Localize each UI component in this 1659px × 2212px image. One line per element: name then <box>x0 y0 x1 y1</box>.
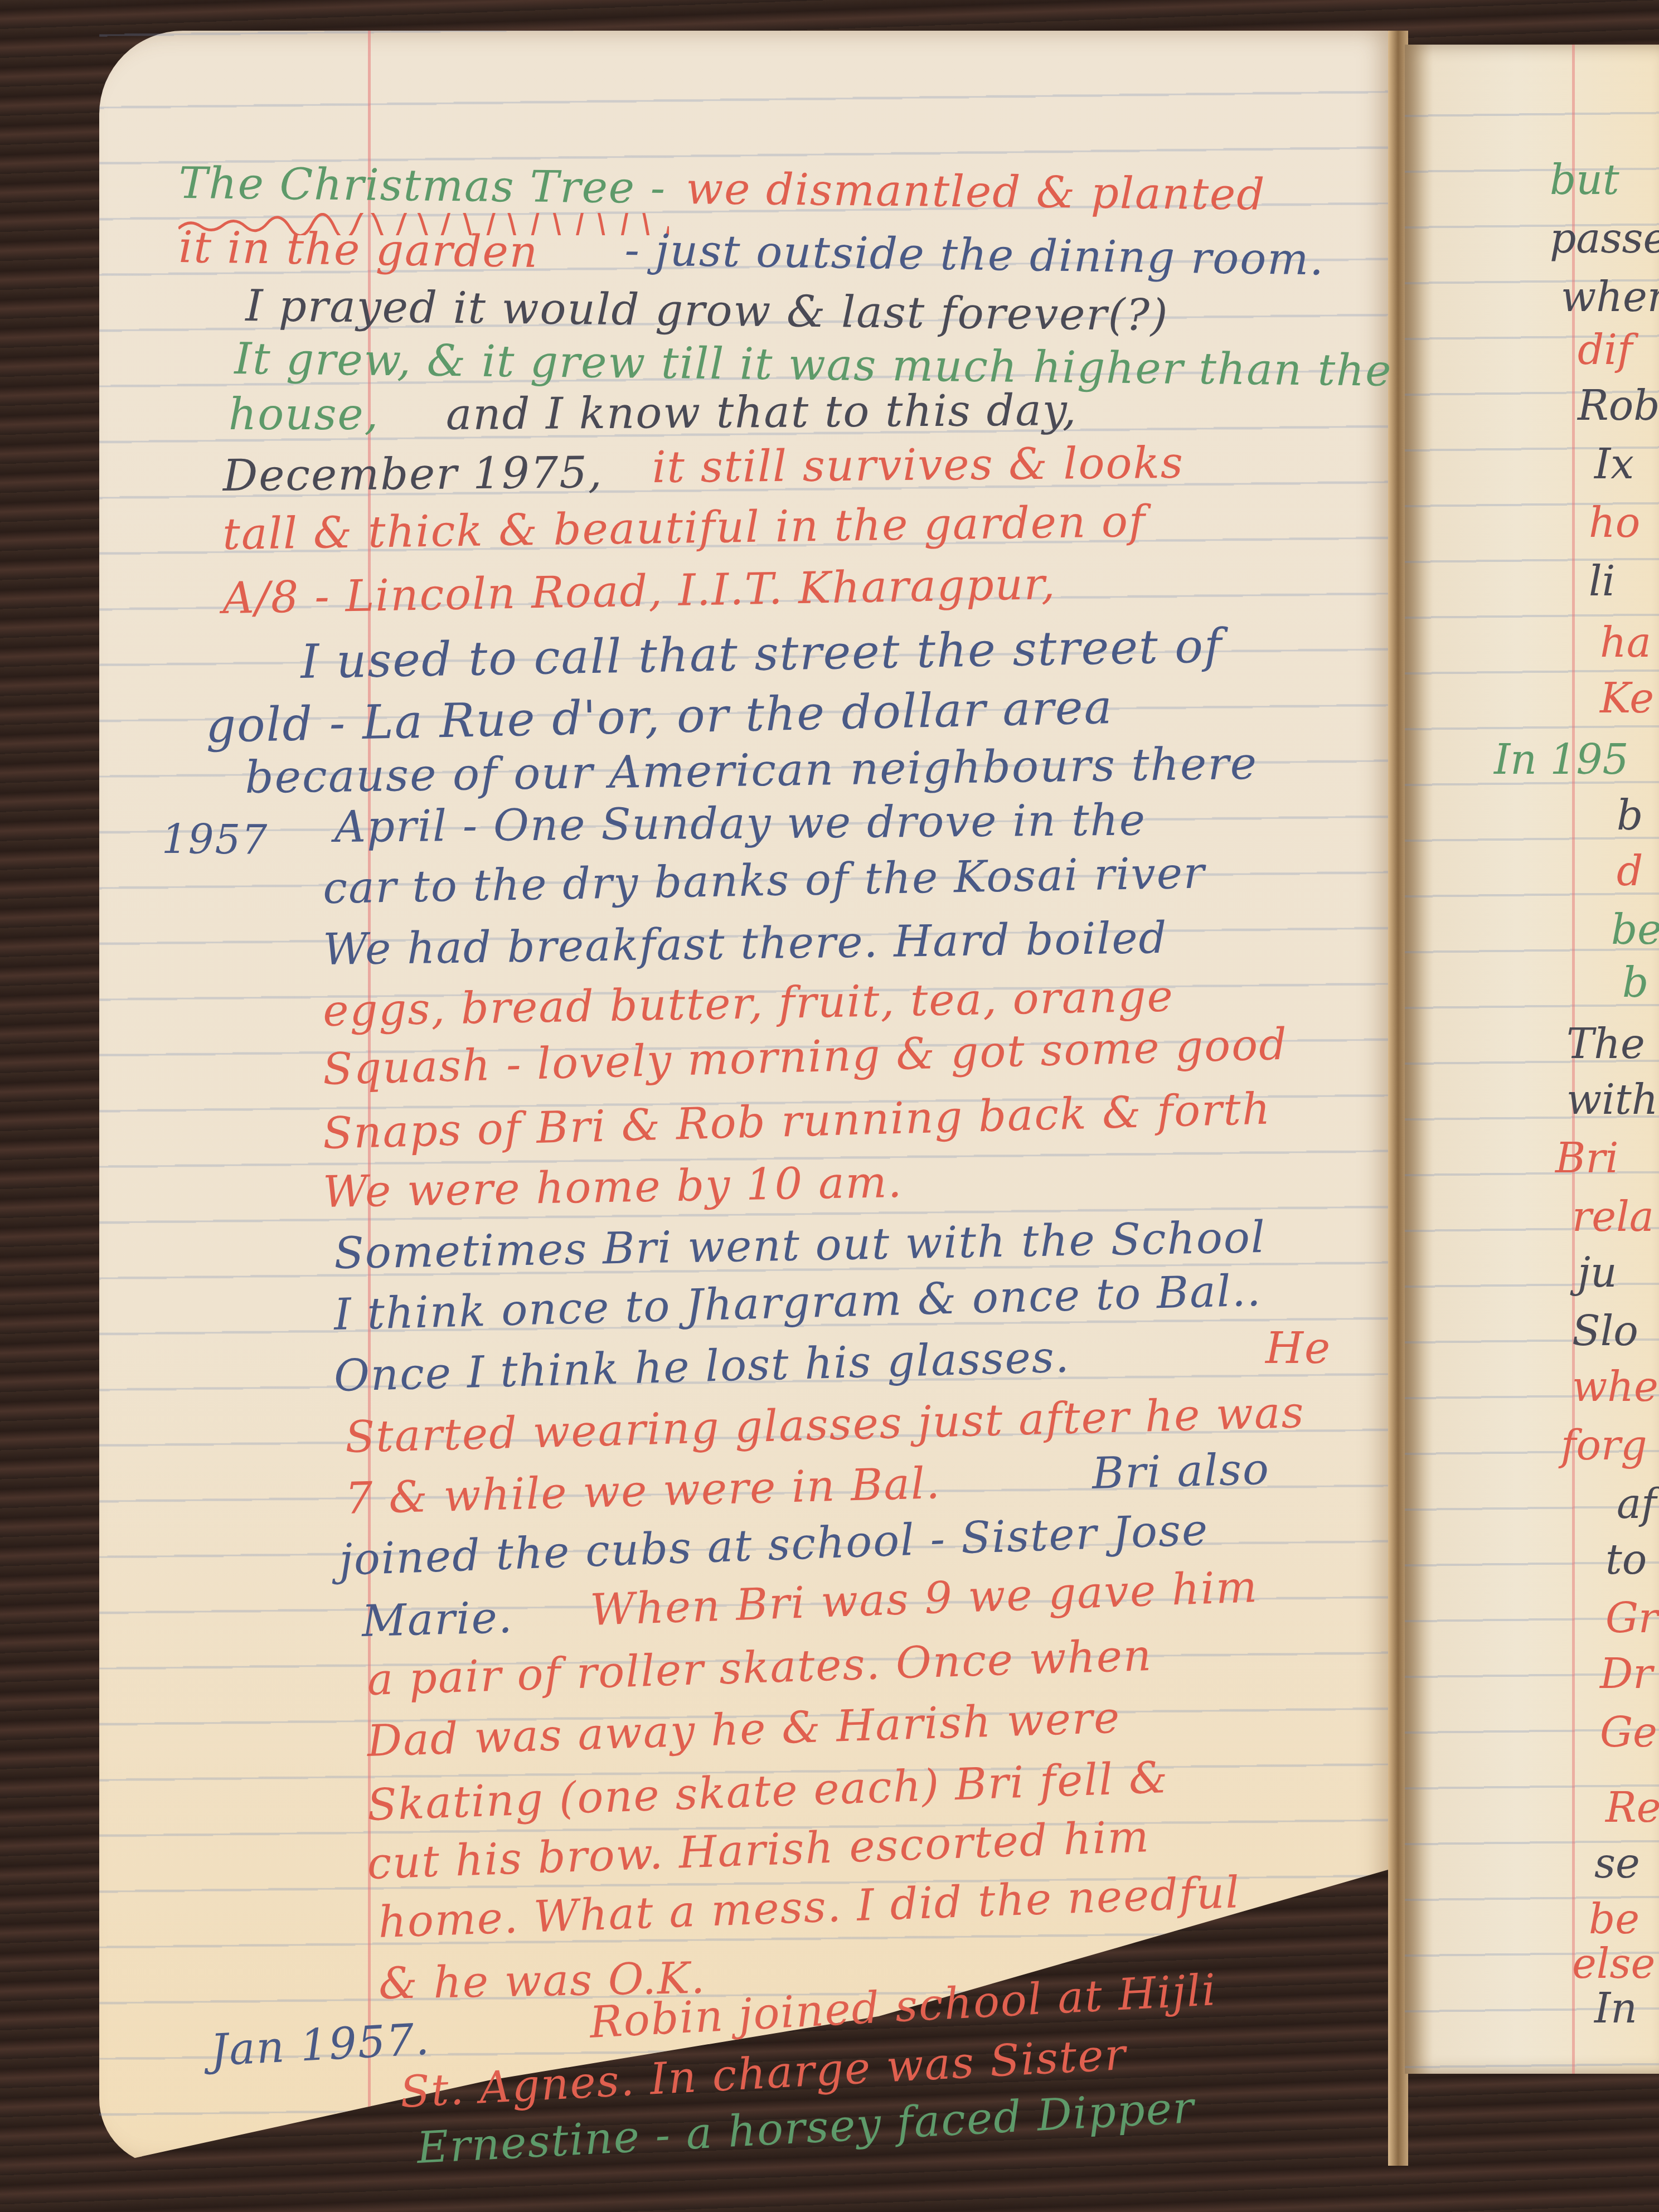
right-page-fragment: Re <box>1605 1784 1659 1832</box>
text-line: April - One Sunday we drove in the <box>334 798 1146 849</box>
right-page-fragment: passe <box>1550 215 1659 263</box>
text-line: it in the garden <box>178 226 539 274</box>
right-page-fragment: to <box>1605 1536 1647 1584</box>
right-page-fragment: In <box>1594 1985 1637 2032</box>
margin-note-date: Jan 1957. <box>210 2017 431 2073</box>
right-page-fragment: The p <box>1566 1020 1659 1068</box>
right-page-fragment: dif <box>1578 326 1632 374</box>
text-line: tall & thick & beautiful in the garden o… <box>222 500 1146 556</box>
right-page-fragment: whe <box>1572 1363 1658 1411</box>
right-page-fragment: d <box>1617 847 1643 895</box>
margin-note-year: 1957 <box>162 819 268 860</box>
text-line: We had breakfast there. Hard boiled <box>323 916 1168 972</box>
text-line: because of our American neighbours there <box>245 741 1258 800</box>
right-page-fragment: li <box>1589 557 1615 605</box>
right-page-fragment: but <box>1550 156 1619 204</box>
right-page-fragment: ju <box>1578 1249 1617 1297</box>
right-page-fragment: ha <box>1600 619 1651 667</box>
right-page-fragment: In 195 <box>1494 736 1629 784</box>
right-page-fragment: Ix <box>1594 440 1634 488</box>
text-line: and I know that to this day, <box>445 389 1077 436</box>
text-line: It grew, & it grew till it was much high… <box>234 337 1393 393</box>
right-page-fragment: af <box>1617 1480 1657 1528</box>
right-page-fragment: rela <box>1572 1193 1654 1241</box>
right-page-fragment: forg <box>1561 1422 1647 1469</box>
right-page-fragment: b <box>1622 959 1648 1007</box>
right-page-fragment: Slo <box>1572 1307 1638 1355</box>
right-page-fragment: Dr <box>1600 1650 1653 1698</box>
right-page-fragment: else <box>1572 1940 1655 1988</box>
text-line: it still survives & looks <box>652 442 1184 489</box>
right-page-fragment: Ge <box>1600 1709 1657 1757</box>
right-page-fragment: se <box>1594 1840 1640 1888</box>
right-page-fragment: Ke <box>1600 675 1654 722</box>
text-line: The Christmas Tree - <box>178 162 667 210</box>
right-page-fragment: Rob <box>1578 382 1659 430</box>
right-page-fragment: ho <box>1589 499 1640 547</box>
right-page-fragment: be <box>1589 1895 1639 1943</box>
text-line: He <box>1265 1327 1331 1370</box>
right-page-fragment: Bri <box>1555 1134 1618 1182</box>
text-line: December 1975, <box>222 451 603 498</box>
text-line: I prayed it would grow & last forever(?) <box>245 284 1169 337</box>
text-line: we dismantled & planted <box>686 167 1266 217</box>
right-page-fragment: be <box>1611 906 1659 954</box>
text-line: We were home by 10 am. <box>323 1161 903 1214</box>
text-line: Bri also <box>1092 1448 1270 1496</box>
text-line: - just outside the dining room. <box>624 229 1325 282</box>
right-page-fragment: when <box>1561 273 1659 321</box>
right-page-fragment: b <box>1617 792 1643 840</box>
right-page-fragment: with <box>1566 1076 1658 1124</box>
right-page-fragment: Gr <box>1605 1594 1658 1642</box>
text-line: Marie. <box>361 1596 514 1643</box>
text-line: house, <box>229 393 379 436</box>
